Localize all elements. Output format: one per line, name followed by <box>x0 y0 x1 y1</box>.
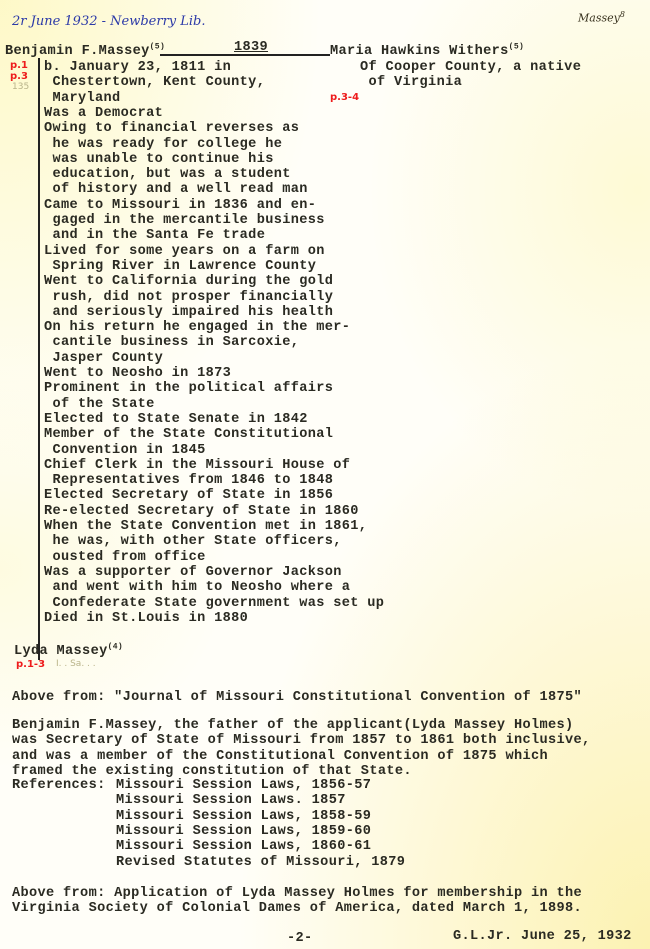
wife-name: Maria Hawkins Withers(5) <box>330 44 524 59</box>
document-page: 2r June 1932 - Newberry Lib. Massey8 Ben… <box>0 0 650 949</box>
husband-detail-line: On his return he engaged in the mer- <box>44 320 350 335</box>
reference-item: Missouri Session Laws, 1859-60 <box>116 824 371 839</box>
descent-line <box>38 58 40 660</box>
husband-detail-line: and seriously impaired his health <box>44 305 333 320</box>
paragraph-line: framed the existing constitution of that… <box>12 764 412 779</box>
reference-item: Missouri Session Laws, 1860-61 <box>116 839 371 854</box>
husband-detail-line: Came to Missouri in 1836 and en- <box>44 198 316 213</box>
husband-detail-line: Elected to State Senate in 1842 <box>44 412 308 427</box>
husband-detail-line: ousted from office <box>44 550 206 565</box>
husband-detail-line: Lived for some years on a farm on <box>44 244 325 259</box>
husband-detail-line: Was a supporter of Governor Jackson <box>44 565 342 580</box>
source-line: Virginia Society of Colonial Dames of Am… <box>12 901 582 916</box>
reference-item: Missouri Session Laws, 1856-57 <box>116 778 371 793</box>
handwritten-surname-note: Massey8 <box>578 10 625 25</box>
paragraph-line: was Secretary of State of Missouri from … <box>12 733 591 748</box>
child-page-ref: p.1-3 <box>16 659 45 670</box>
reference-item: Revised Statutes of Missouri, 1879 <box>116 855 405 870</box>
husband-detail-line: rush, did not prosper financially <box>44 290 333 305</box>
husband-detail-line: Spring River in Lawrence County <box>44 259 316 274</box>
husband-detail-line: was unable to continue his <box>44 152 274 167</box>
margin-ref-p3: p.3 <box>10 71 28 82</box>
husband-detail-line: education, but was a student <box>44 167 291 182</box>
references-label: References: <box>12 778 106 793</box>
source-line: Above from: Application of Lyda Massey H… <box>12 886 582 901</box>
husband-detail-line: Chief Clerk in the Missouri House of <box>44 458 350 473</box>
husband-detail-line: Prominent in the political affairs <box>44 381 333 396</box>
husband-detail-line: Died in St.Louis in 1880 <box>44 611 248 626</box>
husband-detail-line: Elected Secretary of State in 1856 <box>44 488 333 503</box>
husband-detail-line: and went with him to Neosho where a <box>44 580 350 595</box>
husband-detail-line: Was a Democrat <box>44 106 163 121</box>
marriage-year: 1839 <box>234 40 268 55</box>
wife-detail-line: Of Cooper County, a native <box>360 60 581 75</box>
child-faint-note: I. . Sa. . . <box>56 659 96 669</box>
husband-detail-line: Maryland <box>44 91 121 106</box>
husband-detail-line: Went to Neosho in 1873 <box>44 366 231 381</box>
husband-detail-line: Re-elected Secretary of State in 1860 <box>44 504 359 519</box>
margin-ref-p1: p.1 <box>10 60 28 71</box>
paragraph-line: Benjamin F.Massey, the father of the app… <box>12 718 574 733</box>
margin-faint-number: 135 <box>12 82 29 92</box>
husband-detail-line: of the State <box>44 397 155 412</box>
page-mark: 8 <box>620 10 625 19</box>
husband-detail-line: Chestertown, Kent County, <box>44 75 265 90</box>
husband-detail-line: cantile business in Sarcoxie, <box>44 335 299 350</box>
husband-detail-line: gaged in the mercantile business <box>44 213 325 228</box>
husband-name: Benjamin F.Massey(5) <box>5 44 165 59</box>
paragraph-line: and was a member of the Constitutional C… <box>12 749 548 764</box>
signature-date: G.L.Jr. June 25, 1932 <box>453 929 632 944</box>
husband-detail-line: When the State Convention met in 1861, <box>44 519 367 534</box>
reference-item: Missouri Session Laws. 1857 <box>116 793 346 808</box>
husband-detail-line: Owing to financial reverses as <box>44 121 299 136</box>
handwritten-date-note: 2r June 1932 - Newberry Lib. <box>12 14 206 29</box>
reference-item: Missouri Session Laws, 1858-59 <box>116 809 371 824</box>
husband-detail-line: and in the Santa Fe trade <box>44 228 265 243</box>
wife-page-ref: p.3-4 <box>330 92 359 103</box>
husband-detail-line: he was, with other State officers, <box>44 534 342 549</box>
wife-detail-line: of Virginia <box>360 75 462 90</box>
husband-detail-line: Went to California during the gold <box>44 274 333 289</box>
husband-detail-line: of history and a well read man <box>44 182 308 197</box>
husband-detail-line: Member of the State Constitutional <box>44 427 333 442</box>
page-number: -2- <box>287 931 313 946</box>
husband-detail-line: Representatives from 1846 to 1848 <box>44 473 333 488</box>
husband-detail-line: he was ready for college he <box>44 137 282 152</box>
surname-text: Massey <box>578 12 620 25</box>
child-name: Lyda Massey(4) <box>14 644 123 659</box>
source-journal: Above from: "Journal of Missouri Constit… <box>12 690 582 705</box>
husband-detail-line: b. January 23, 1811 in <box>44 60 231 75</box>
husband-detail-line: Jasper County <box>44 351 163 366</box>
husband-detail-line: Confederate State government was set up <box>44 596 384 611</box>
husband-detail-line: Convention in 1845 <box>44 443 206 458</box>
